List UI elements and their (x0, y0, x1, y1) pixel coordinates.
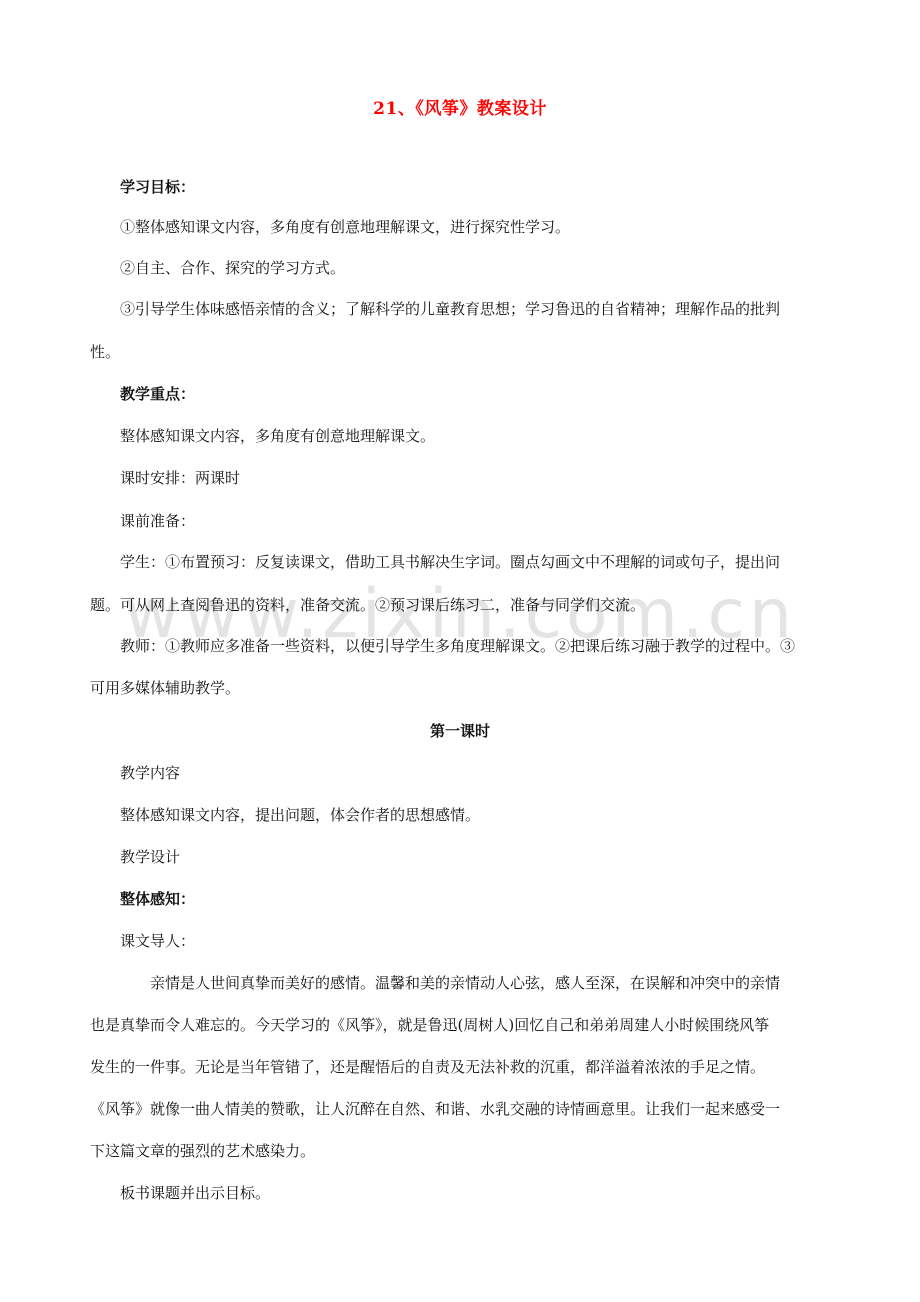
intro-paragraph-line: 下这篇文章的强烈的艺术感染力。 (90, 1141, 315, 1161)
content-label: 教学内容 (120, 763, 180, 783)
objective-item: ③引导学生体味感悟亲情的含义；了解科学的儿童教育思想；学习鲁迅的自省精神；理解作… (120, 299, 780, 319)
document-page: www.zixin.com.cn 21、《风筝》教案设计 学习目标： ①整体感知… (0, 0, 920, 1302)
key-points-text: 整体感知课文内容，多角度有创意地理解课文。 (120, 426, 435, 446)
preparation-heading: 课前准备： (120, 511, 195, 531)
intro-paragraph-line: 也是真挚而令人难忘的。今天学习的《风筝》，就是鲁迅(周树人)回忆自己和弟弟周建人… (90, 1015, 769, 1035)
objective-item: ②自主、合作、探究的学习方式。 (120, 258, 345, 278)
lesson-one-heading: 第一课时 (0, 721, 920, 741)
content-text: 整体感知课文内容，提出问题，体会作者的思想感情。 (120, 805, 480, 825)
design-label: 教学设计 (120, 847, 180, 867)
teacher-preparation-line: 教师：①教师应多准备一些资料，以便引导学生多角度理解课文。②把课后练习融于教学的… (120, 636, 795, 656)
students-preparation-line: 学生：①布置预习：反复读课文，借助工具书解决生字词。圈点勾画文中不理解的词或句子… (120, 552, 780, 572)
board-note: 板书课题并出示目标。 (120, 1183, 270, 1203)
perception-heading: 整体感知： (120, 889, 195, 909)
document-title: 21、《风筝》教案设计 (0, 94, 920, 119)
key-points-heading: 教学重点： (120, 384, 195, 404)
intro-paragraph-line: 《风筝》就像一曲人情美的赞歌，让人沉醉在自然、和谐、水乳交融的诗情画意里。让我们… (90, 1099, 780, 1119)
intro-paragraph-line: 亲情是人世间真挚而美好的感情。温馨和美的亲情动人心弦，感人至深，在误解和冲突中的… (150, 973, 780, 993)
intro-label: 课文导人： (120, 931, 195, 951)
objective-item: ①整体感知课文内容，多角度有创意地理解课文，进行探究性学习。 (120, 217, 570, 237)
teacher-preparation-line: 可用多媒体辅助教学。 (90, 678, 240, 698)
intro-paragraph-line: 发生的一件事。无论是当年管错了，还是醒悟后的自责及无法补救的沉重，都洋溢着浓浓的… (90, 1057, 765, 1077)
students-preparation-line: 题。可从网上查阅鲁迅的资料，准备交流。②预习课后练习二，准备与同学们交流。 (90, 595, 645, 615)
objective-item-continued: 性。 (90, 342, 120, 362)
schedule-text: 课时安排：两课时 (120, 468, 240, 488)
objectives-heading: 学习目标： (120, 177, 195, 197)
